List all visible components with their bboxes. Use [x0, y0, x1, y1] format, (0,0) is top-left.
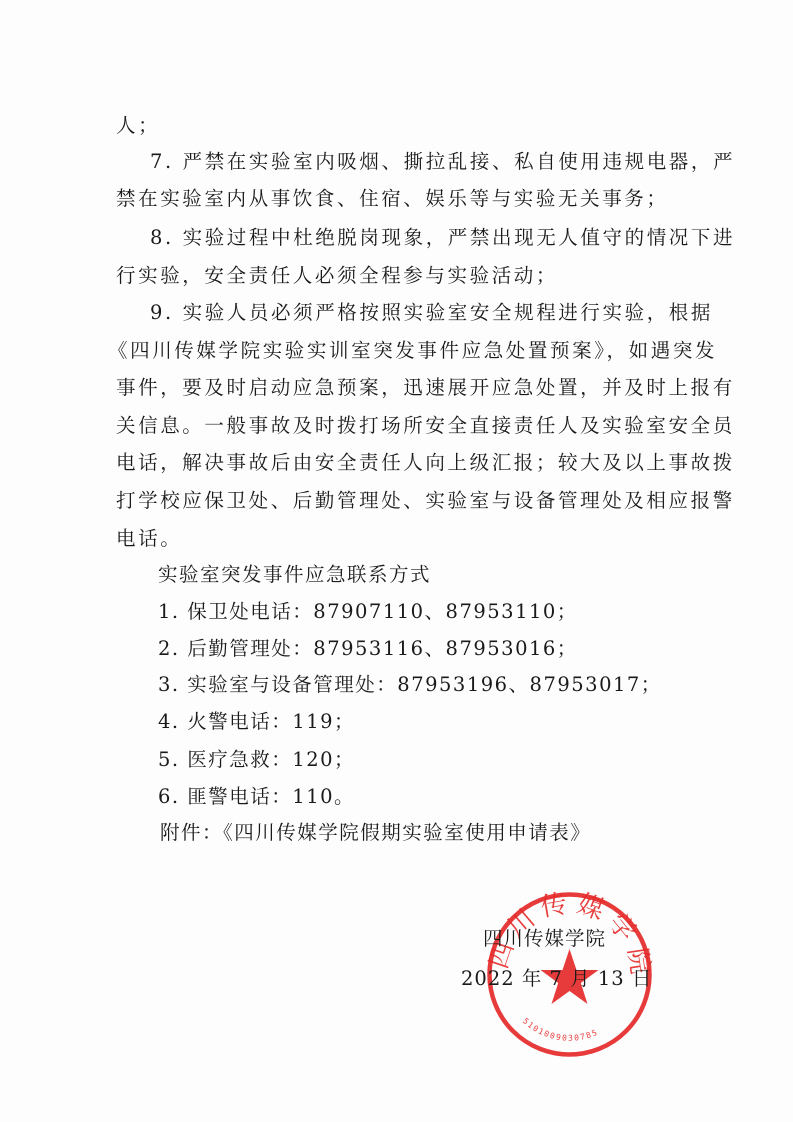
text-line: 9. 实验人员必须严格按照实验室安全规程进行实验，根据 — [150, 301, 713, 325]
text-line: 人； — [116, 114, 160, 138]
text-line: 行实验，安全责任人必须全程参与实验活动； — [116, 264, 558, 288]
document-page: 人； 7. 严禁在实验室内吸烟、撕拉乱接、私自使用违规电器，严 禁在实验室内从事… — [0, 0, 793, 1122]
text-line: 事件，要及时启动应急预案，迅速展开应急处置，并及时上报有 — [116, 376, 735, 400]
text-line: 《四川传媒学院实验实训室突发事件应急处置预案》，如遇突发 — [108, 339, 717, 363]
contact-item: 3. 实验室与设备管理处：87953196、87953017； — [158, 673, 662, 697]
signature-organization: 四川传媒学院 — [483, 927, 606, 951]
contact-item: 6. 匪警电话：110。 — [158, 785, 355, 809]
attachment-line: 附件：《四川传媒学院假期实验室使用申请表》 — [160, 821, 591, 845]
contact-item: 4. 火警电话：119； — [158, 710, 355, 734]
contact-item: 1. 保卫处电话：87907110、87953110； — [158, 600, 578, 624]
svg-text:5101009030785: 5101009030785 — [521, 1016, 600, 1042]
text-line: 电话，解决事故后由安全责任人向上级汇报；较大及以上事故拨 — [116, 451, 735, 475]
text-line: 关信息。一般事故及时拨打场所安全直接责任人及实验室安全员 — [116, 414, 735, 438]
signature-date: 2022 年 7 月 13 日 — [461, 967, 652, 991]
contacts-title: 实验室突发事件应急联系方式 — [158, 563, 431, 587]
text-line: 打学校应保卫处、后勤管理处、实验室与设备管理处及相应报警 — [116, 489, 735, 513]
text-line: 8. 实验过程中杜绝脱岗现象，严禁出现无人值守的情况下进 — [150, 226, 735, 250]
text-line: 7. 严禁在实验室内吸烟、撕拉乱接、私自使用违规电器，严 — [150, 150, 735, 174]
contact-item: 2. 后勤管理处：87953116、87953016； — [158, 637, 578, 661]
text-line: 禁在实验室内从事饮食、住宿、娱乐等与实验无关事务； — [116, 187, 669, 211]
contact-item: 5. 医疗急救：120； — [158, 748, 355, 772]
text-line: 电话。 — [116, 527, 182, 551]
